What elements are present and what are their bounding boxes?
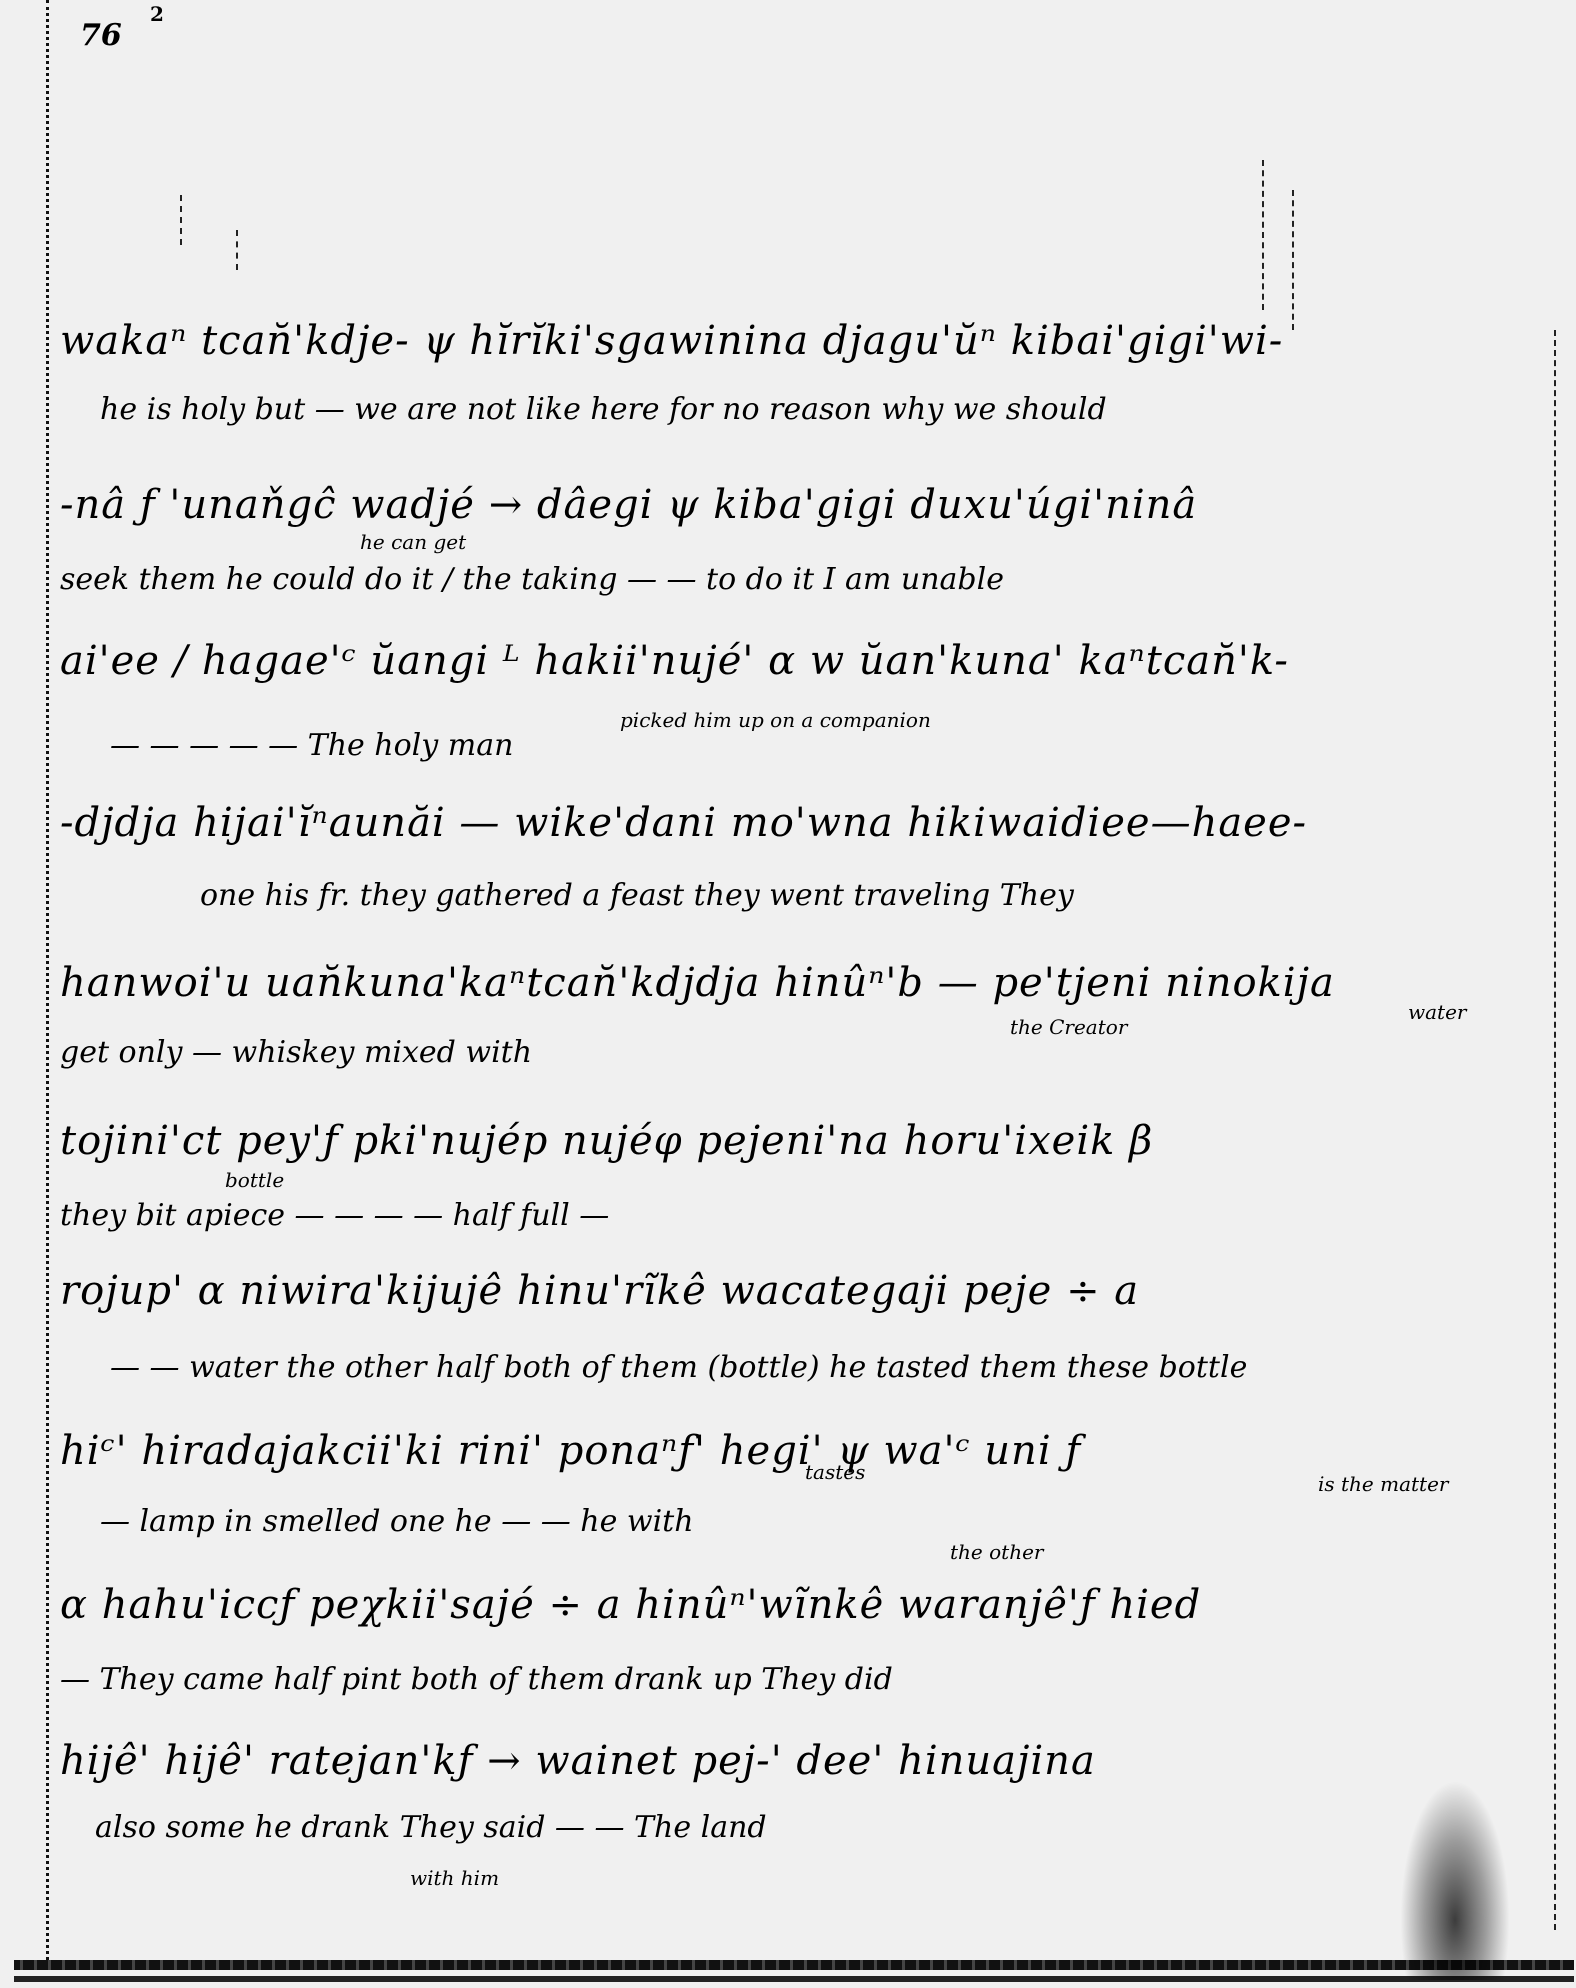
left-page-edge	[46, 0, 49, 1960]
manuscript-line: hanwoi'u uan̆kuna'kaⁿtcan̆'kdjdja hinûⁿ…	[60, 960, 1550, 1006]
gloss-line: — — water the other half both of them (b…	[110, 1350, 1576, 1385]
manuscript-line: -nâ ƒ 'unaňgĉ wadjé → dâegi ψ kiba'gi…	[60, 482, 1550, 528]
manuscript-line: α hahu'iccƒ peχkii'sajé ÷ a hinûⁿ'wĩnk…	[60, 1582, 1550, 1628]
pencil-mark	[180, 195, 182, 245]
pencil-mark	[1262, 160, 1264, 310]
corner-mark: 2	[150, 2, 164, 26]
manuscript-line: hijê' hijê' ratejan'kƒ → wainet pej-' de…	[60, 1738, 1550, 1784]
interlinear-note: bottle	[225, 1168, 284, 1192]
gloss-line: — They came half pint both of them drank…	[60, 1662, 1550, 1697]
interlinear-note: is the matter	[1318, 1472, 1449, 1496]
gloss-line: they bit apiece — — — — half full —	[60, 1198, 1550, 1233]
gloss-line: — lamp in smelled one he — — he with	[100, 1504, 1576, 1539]
interlinear-note: he can get	[360, 530, 466, 554]
interlinear-note: the other	[950, 1540, 1043, 1564]
gloss-line: seek them he could do it / the taking — …	[60, 562, 1550, 597]
interlinear-note: water	[1408, 1000, 1466, 1024]
manuscript-line: ai'ee / hagae'ᶜ ŭangi ᴸ hakii'nujé' α w…	[60, 638, 1550, 684]
manuscript-line: wakaⁿ tcan̆'kdje- ψ hĭrĭki'sgawinina d…	[60, 318, 1550, 364]
gloss-line: also some he drank They said — — The lan…	[95, 1810, 1576, 1845]
pencil-mark	[1292, 190, 1294, 330]
gloss-line: one his fr. they gathered a feast they w…	[200, 878, 1576, 913]
interlinear-note: tastes	[805, 1460, 865, 1484]
interlinear-note: with him	[410, 1866, 499, 1890]
manuscript-page: 76 2 wakaⁿ tcan̆'kdje- ψ hĭrĭki'sgawin…	[0, 0, 1576, 1988]
bottom-page-edge	[14, 1960, 1574, 1970]
gloss-line: he is holy but — we are not like here fo…	[100, 392, 1576, 427]
pencil-mark	[236, 230, 238, 270]
right-page-edge	[1554, 330, 1556, 1930]
gloss-line: get only — whiskey mixed with	[60, 1035, 1550, 1070]
page-number: 76	[80, 18, 122, 53]
manuscript-line: tojini'ct pey'ƒ pki'nujép nujéφ pejeni'n…	[60, 1118, 1550, 1164]
manuscript-line: -djdja hijai'ĭⁿaunăi — wike'dani mo'wn…	[60, 800, 1550, 846]
bottom-page-edge-shadow	[14, 1976, 1574, 1982]
manuscript-line: rojup' α niwira'kijujê hinu'rĩkê wacat…	[60, 1268, 1550, 1314]
gloss-line: — — — — — The holy man	[110, 728, 1576, 763]
